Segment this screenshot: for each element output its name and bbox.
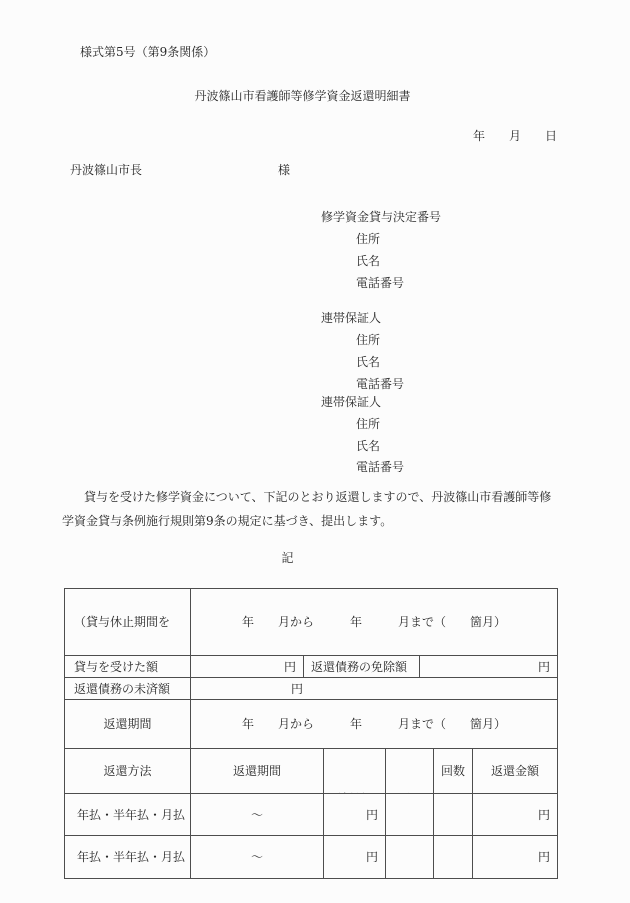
exemption-label-cell: 返還債務の免除額 [304, 656, 420, 677]
return-period-row: 返還期間 年 月から 年 月まで（ 箇月） [65, 700, 557, 749]
loan-amount-unit-cell: 円 [191, 656, 304, 677]
payment1-period-cell: ～ [191, 794, 324, 835]
header-amount-cell: 返還金額 [473, 749, 557, 793]
header-per-payment-cell: 1回毎の 納付額 [324, 749, 386, 793]
body-line-2: 学資金貸与条例施行規則第9条の規定に基づき、提出します。 [62, 509, 568, 533]
payment2-method-cell: 年払・半年払・月払 [65, 836, 191, 878]
date-line: 年 月 日 [473, 130, 557, 142]
page-title: 丹波篠山市看護師等修学資金返還明細書 [0, 90, 605, 102]
record-marker: 記 [0, 552, 575, 564]
exemption-unit-cell: 円 [420, 656, 557, 677]
unpaid-balance-row: 返還債務の未済額 円 [65, 678, 557, 700]
applicant-address-label: 住所 [356, 233, 380, 245]
guarantor1-name-label: 氏名 [356, 356, 380, 368]
document-page: 様式第5号（第9条関係） 丹波篠山市看護師等修学資金返還明細書 年 月 日 丹波… [0, 0, 630, 903]
form-number: 様式第5号（第9条関係） [80, 46, 215, 58]
guarantor2-title: 連帯保証人 [321, 396, 381, 408]
loan-period-label: 貸与を受けた期間 （貸与休止期間を 除く。） [74, 589, 170, 655]
payment2-amount-cell: 円 [473, 836, 557, 878]
payment1-per-payment-cell: 円 [324, 794, 386, 835]
loan-period-label-cell: 貸与を受けた期間 （貸与休止期間を 除く。） [65, 589, 191, 655]
guarantor2-name-label: 氏名 [356, 440, 380, 452]
guarantor2-address-label: 住所 [356, 418, 380, 430]
body-paragraph: 貸与を受けた修学資金について、下記のとおり返還しますので、丹波篠山市看護師等修 … [62, 485, 568, 533]
guarantor1-title: 連帯保証人 [321, 312, 381, 324]
loan-period-value-cell: 年 月から 年 月まで（ 箇月） [191, 589, 557, 655]
loan-amount-label-cell: 貸与を受けた額 [65, 656, 191, 677]
column-header-row: 返還方法 返還期間 1回毎の 納付額 納付 予定日 回数 返還金額 [65, 749, 557, 794]
payment1-due-date-cell [386, 794, 434, 835]
payment-row-2: 年払・半年払・月払 ～ 円 円 [65, 836, 557, 878]
header-due-date-cell: 納付 予定日 [386, 749, 434, 793]
payment1-amount-cell: 円 [473, 794, 557, 835]
guarantor2-phone-label: 電話番号 [356, 461, 404, 473]
addressee-honorific: 様 [278, 164, 290, 176]
header-period-cell: 返還期間 [191, 749, 324, 793]
unpaid-balance-label-cell: 返還債務の未済額 [65, 678, 191, 699]
applicant-name-label: 氏名 [356, 255, 380, 267]
payment2-period-cell: ～ [191, 836, 324, 878]
guarantor1-phone-label: 電話番号 [356, 378, 404, 390]
header-per-payment-label: 1回毎の 納付額 [333, 749, 377, 793]
payment2-count-cell [434, 836, 473, 878]
return-period-value-cell: 年 月から 年 月まで（ 箇月） [191, 700, 557, 748]
payment-row-1: 年払・半年払・月払 ～ 円 円 [65, 794, 557, 836]
header-due-date-label: 納付 予定日 [390, 749, 428, 793]
return-period-label-cell: 返還期間 [65, 700, 191, 748]
payment1-method-cell: 年払・半年払・月払 [65, 794, 191, 835]
loan-period-row: 貸与を受けた期間 （貸与休止期間を 除く。） 年 月から 年 月まで（ 箇月） [65, 589, 557, 656]
header-method-cell: 返還方法 [65, 749, 191, 793]
body-line-1: 貸与を受けた修学資金について、下記のとおり返還しますので、丹波篠山市看護師等修 [62, 485, 568, 509]
unpaid-balance-unit-cell: 円 [191, 678, 557, 699]
addressee: 丹波篠山市長 [70, 164, 142, 176]
guarantor1-address-label: 住所 [356, 334, 380, 346]
payment1-count-cell [434, 794, 473, 835]
decision-number-label: 修学資金貸与決定番号 [321, 211, 441, 223]
payment2-due-date-cell [386, 836, 434, 878]
payment2-per-payment-cell: 円 [324, 836, 386, 878]
applicant-phone-label: 電話番号 [356, 277, 404, 289]
header-count-cell: 回数 [434, 749, 473, 793]
loan-amount-row: 貸与を受けた額 円 返還債務の免除額 円 [65, 656, 557, 678]
repayment-table: 貸与を受けた期間 （貸与休止期間を 除く。） 年 月から 年 月まで（ 箇月） … [64, 588, 558, 879]
